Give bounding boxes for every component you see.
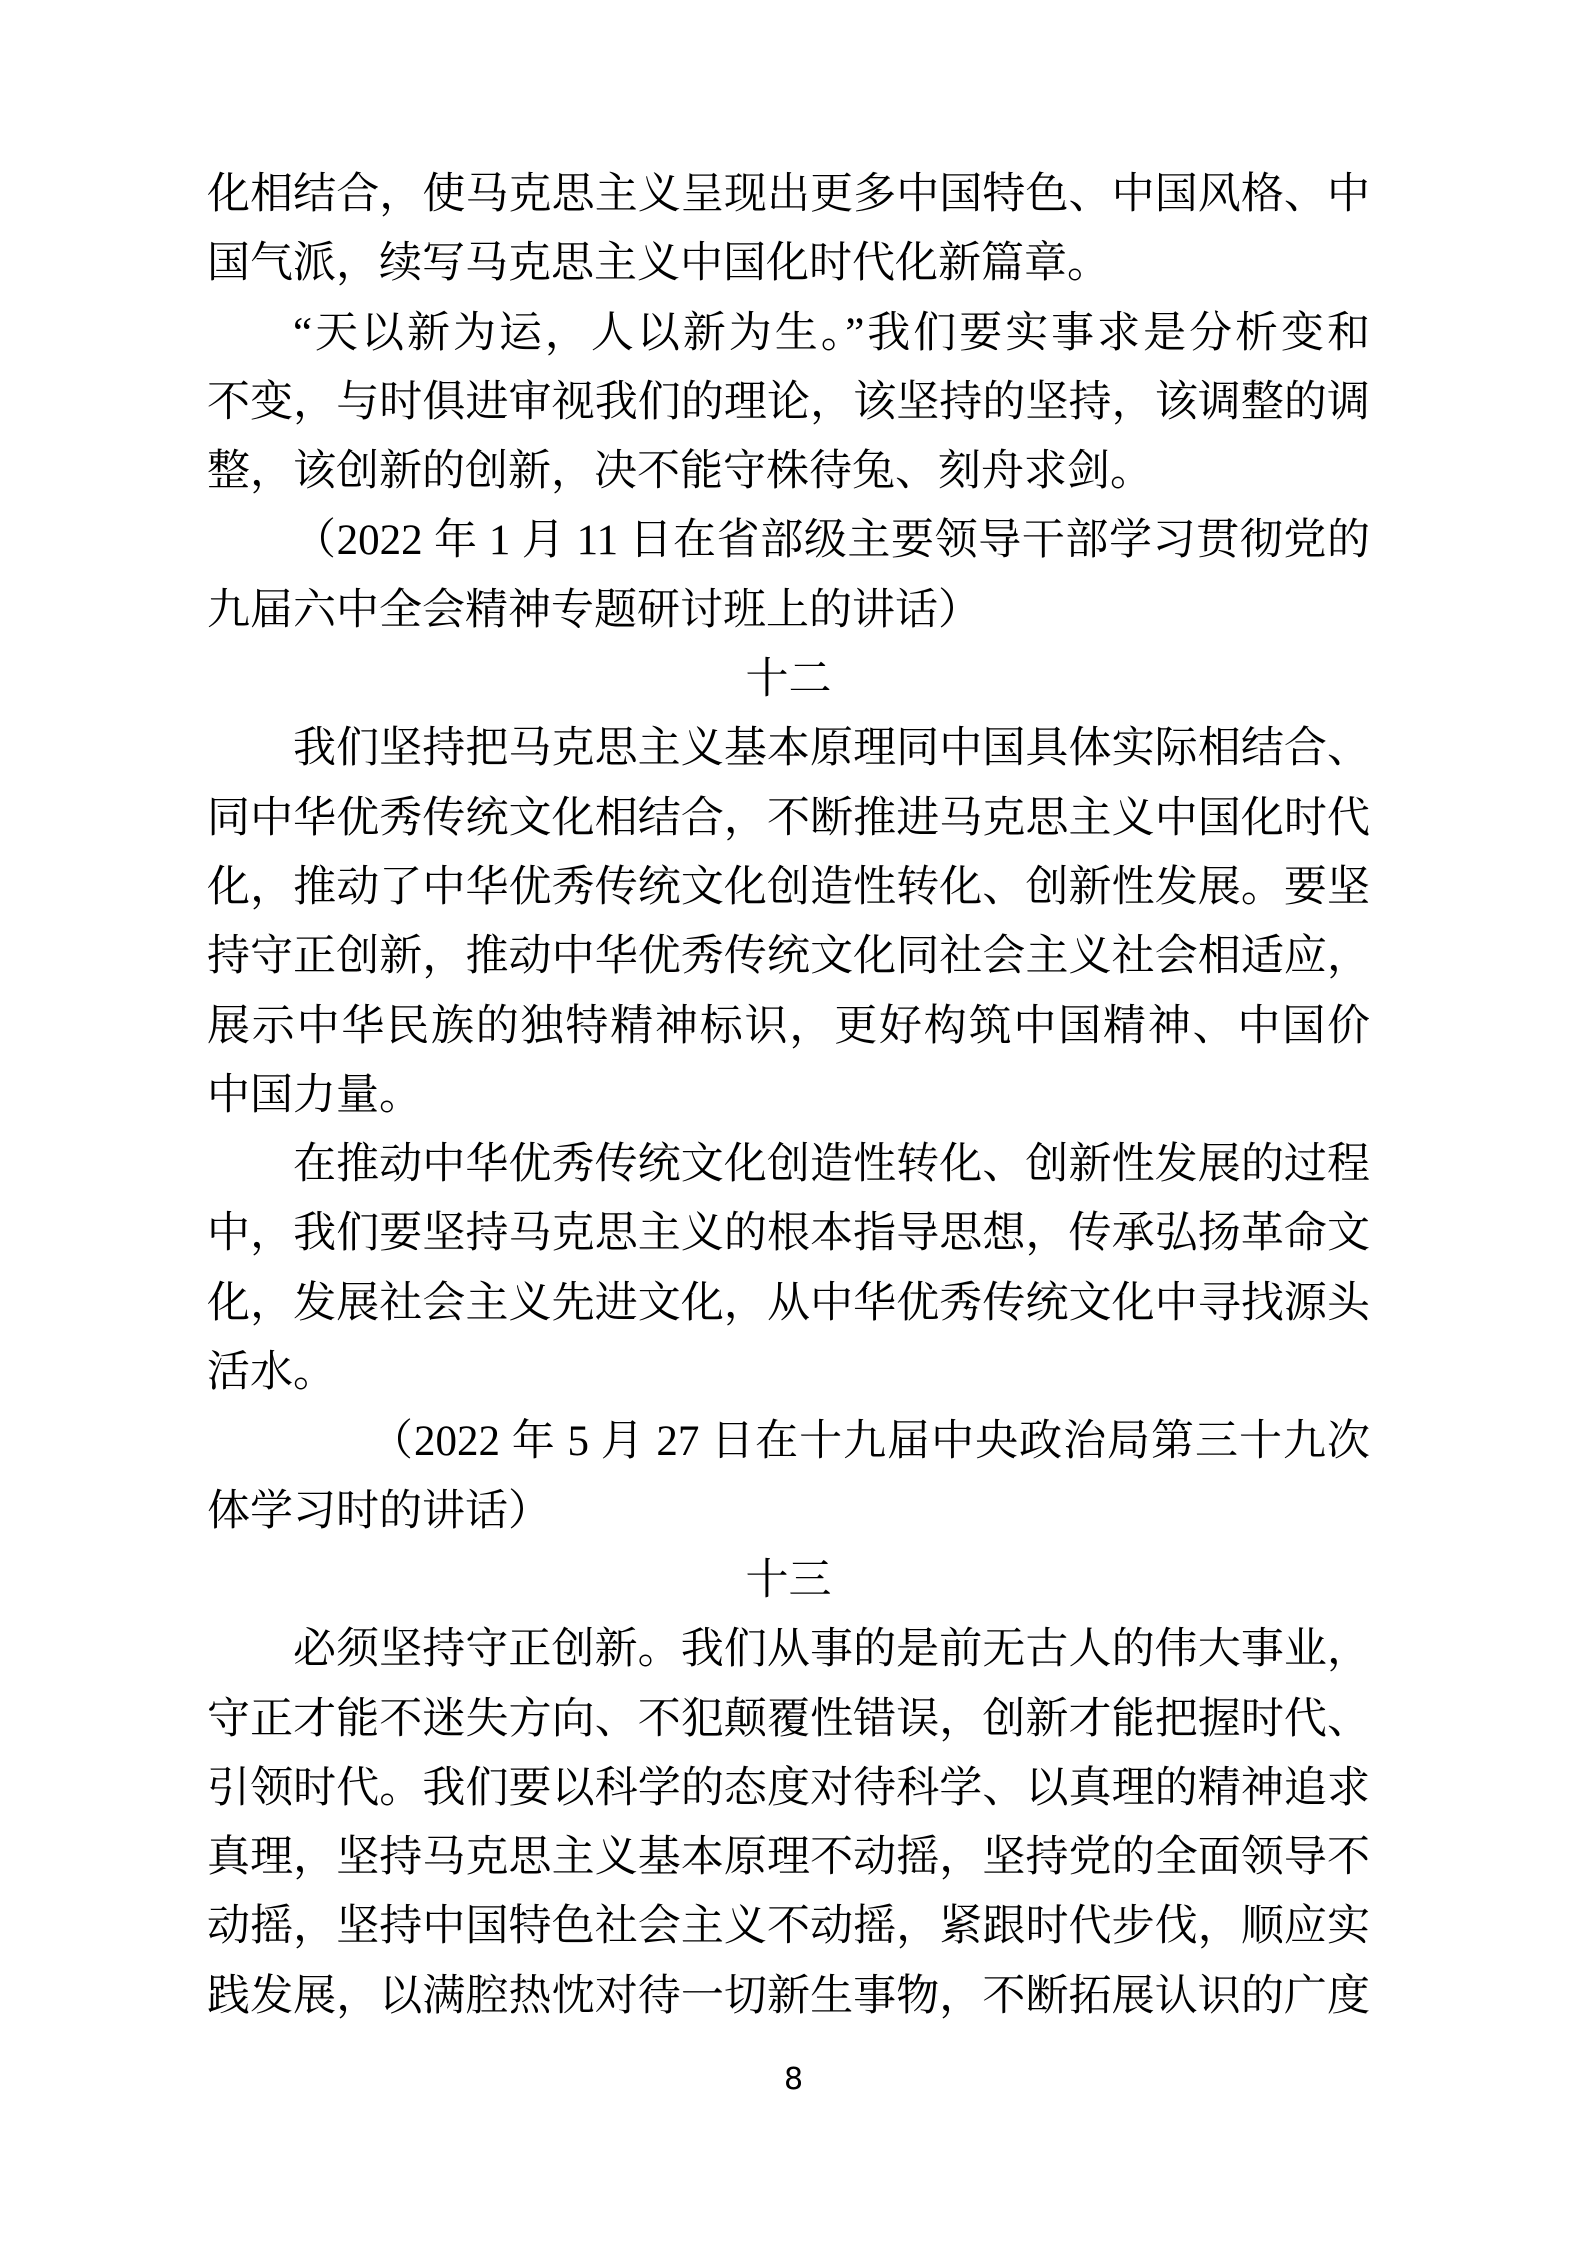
body-text-line: 化相结合，使马克思主义呈现出更多中国特色、中国风格、中 (207, 160, 1370, 229)
body-text-line: 不变，与时俱进审视我们的理论，该坚持的坚持，该调整的调 (207, 368, 1370, 437)
body-text-line: 中，我们要坚持马克思主义的根本指导思想，传承弘扬革命文 (207, 1199, 1370, 1268)
body-text-line: 在推动中华优秀传统文化创造性转化、创新性发展的过程 (207, 1130, 1370, 1199)
body-text-line: 践发展，以满腔热忱对待一切新生事物，不断拓展认识的广度 (207, 1962, 1370, 2031)
body-text-line: 守正才能不迷失方向、不犯颠覆性错误，创新才能把握时代、 (207, 1685, 1370, 1754)
body-text-line: 国气派，续写马克思主义中国化时代化新篇章。 (207, 229, 1370, 298)
body-text-line: “天以新为运，人以新为生。”我们要实事求是分析变和 (207, 299, 1370, 368)
body-text-line: 引领时代。我们要以科学的态度对待科学、以真理的精神追求 (207, 1754, 1370, 1823)
body-text-line: 展示中华民族的独特精神标识，更好构筑中国精神、中国价值、 (207, 992, 1370, 1061)
page-number: 8 (0, 2062, 1587, 2098)
section-number-heading: 十二 (207, 645, 1370, 714)
citation-line: （2022 年 1 月 11 日在省部级主要领导干部学习贯彻党的十 (207, 506, 1370, 575)
citation-line: （2022 年 5 月 27 日在十九届中央政治局第三十九次集 (207, 1407, 1370, 1476)
document-page: 化相结合，使马克思主义呈现出更多中国特色、中国风格、中 国气派，续写马克思主义中… (0, 0, 1587, 2245)
body-text-line: 整，该创新的创新，决不能守株待兔、刻舟求剑。 (207, 437, 1370, 506)
body-text-line: 中国力量。 (207, 1061, 1370, 1130)
body-text-line: 活水。 (207, 1338, 1370, 1407)
citation-line: 体学习时的讲话） (207, 1477, 1370, 1546)
body-text-line: 同中华优秀传统文化相结合，不断推进马克思主义中国化时代 (207, 784, 1370, 853)
body-text-line: 我们坚持把马克思主义基本原理同中国具体实际相结合、 (207, 714, 1370, 783)
body-text-line: 化，发展社会主义先进文化，从中华优秀传统文化中寻找源头 (207, 1269, 1370, 1338)
body-text-line: 必须坚持守正创新。我们从事的是前无古人的伟大事业， (207, 1615, 1370, 1684)
citation-line: 九届六中全会精神专题研讨班上的讲话） (207, 576, 1370, 645)
body-text-line: 真理，坚持马克思主义基本原理不动摇，坚持党的全面领导不 (207, 1823, 1370, 1892)
body-text-line: 动摇，坚持中国特色社会主义不动摇，紧跟时代步伐，顺应实 (207, 1892, 1370, 1961)
section-number-heading: 十三 (207, 1546, 1370, 1615)
body-text-line: 持守正创新，推动中华优秀传统文化同社会主义社会相适应， (207, 922, 1370, 991)
body-text-line: 化，推动了中华优秀传统文化创造性转化、创新性发展。要坚 (207, 853, 1370, 922)
document-body: 化相结合，使马克思主义呈现出更多中国特色、中国风格、中 国气派，续写马克思主义中… (207, 160, 1370, 2031)
